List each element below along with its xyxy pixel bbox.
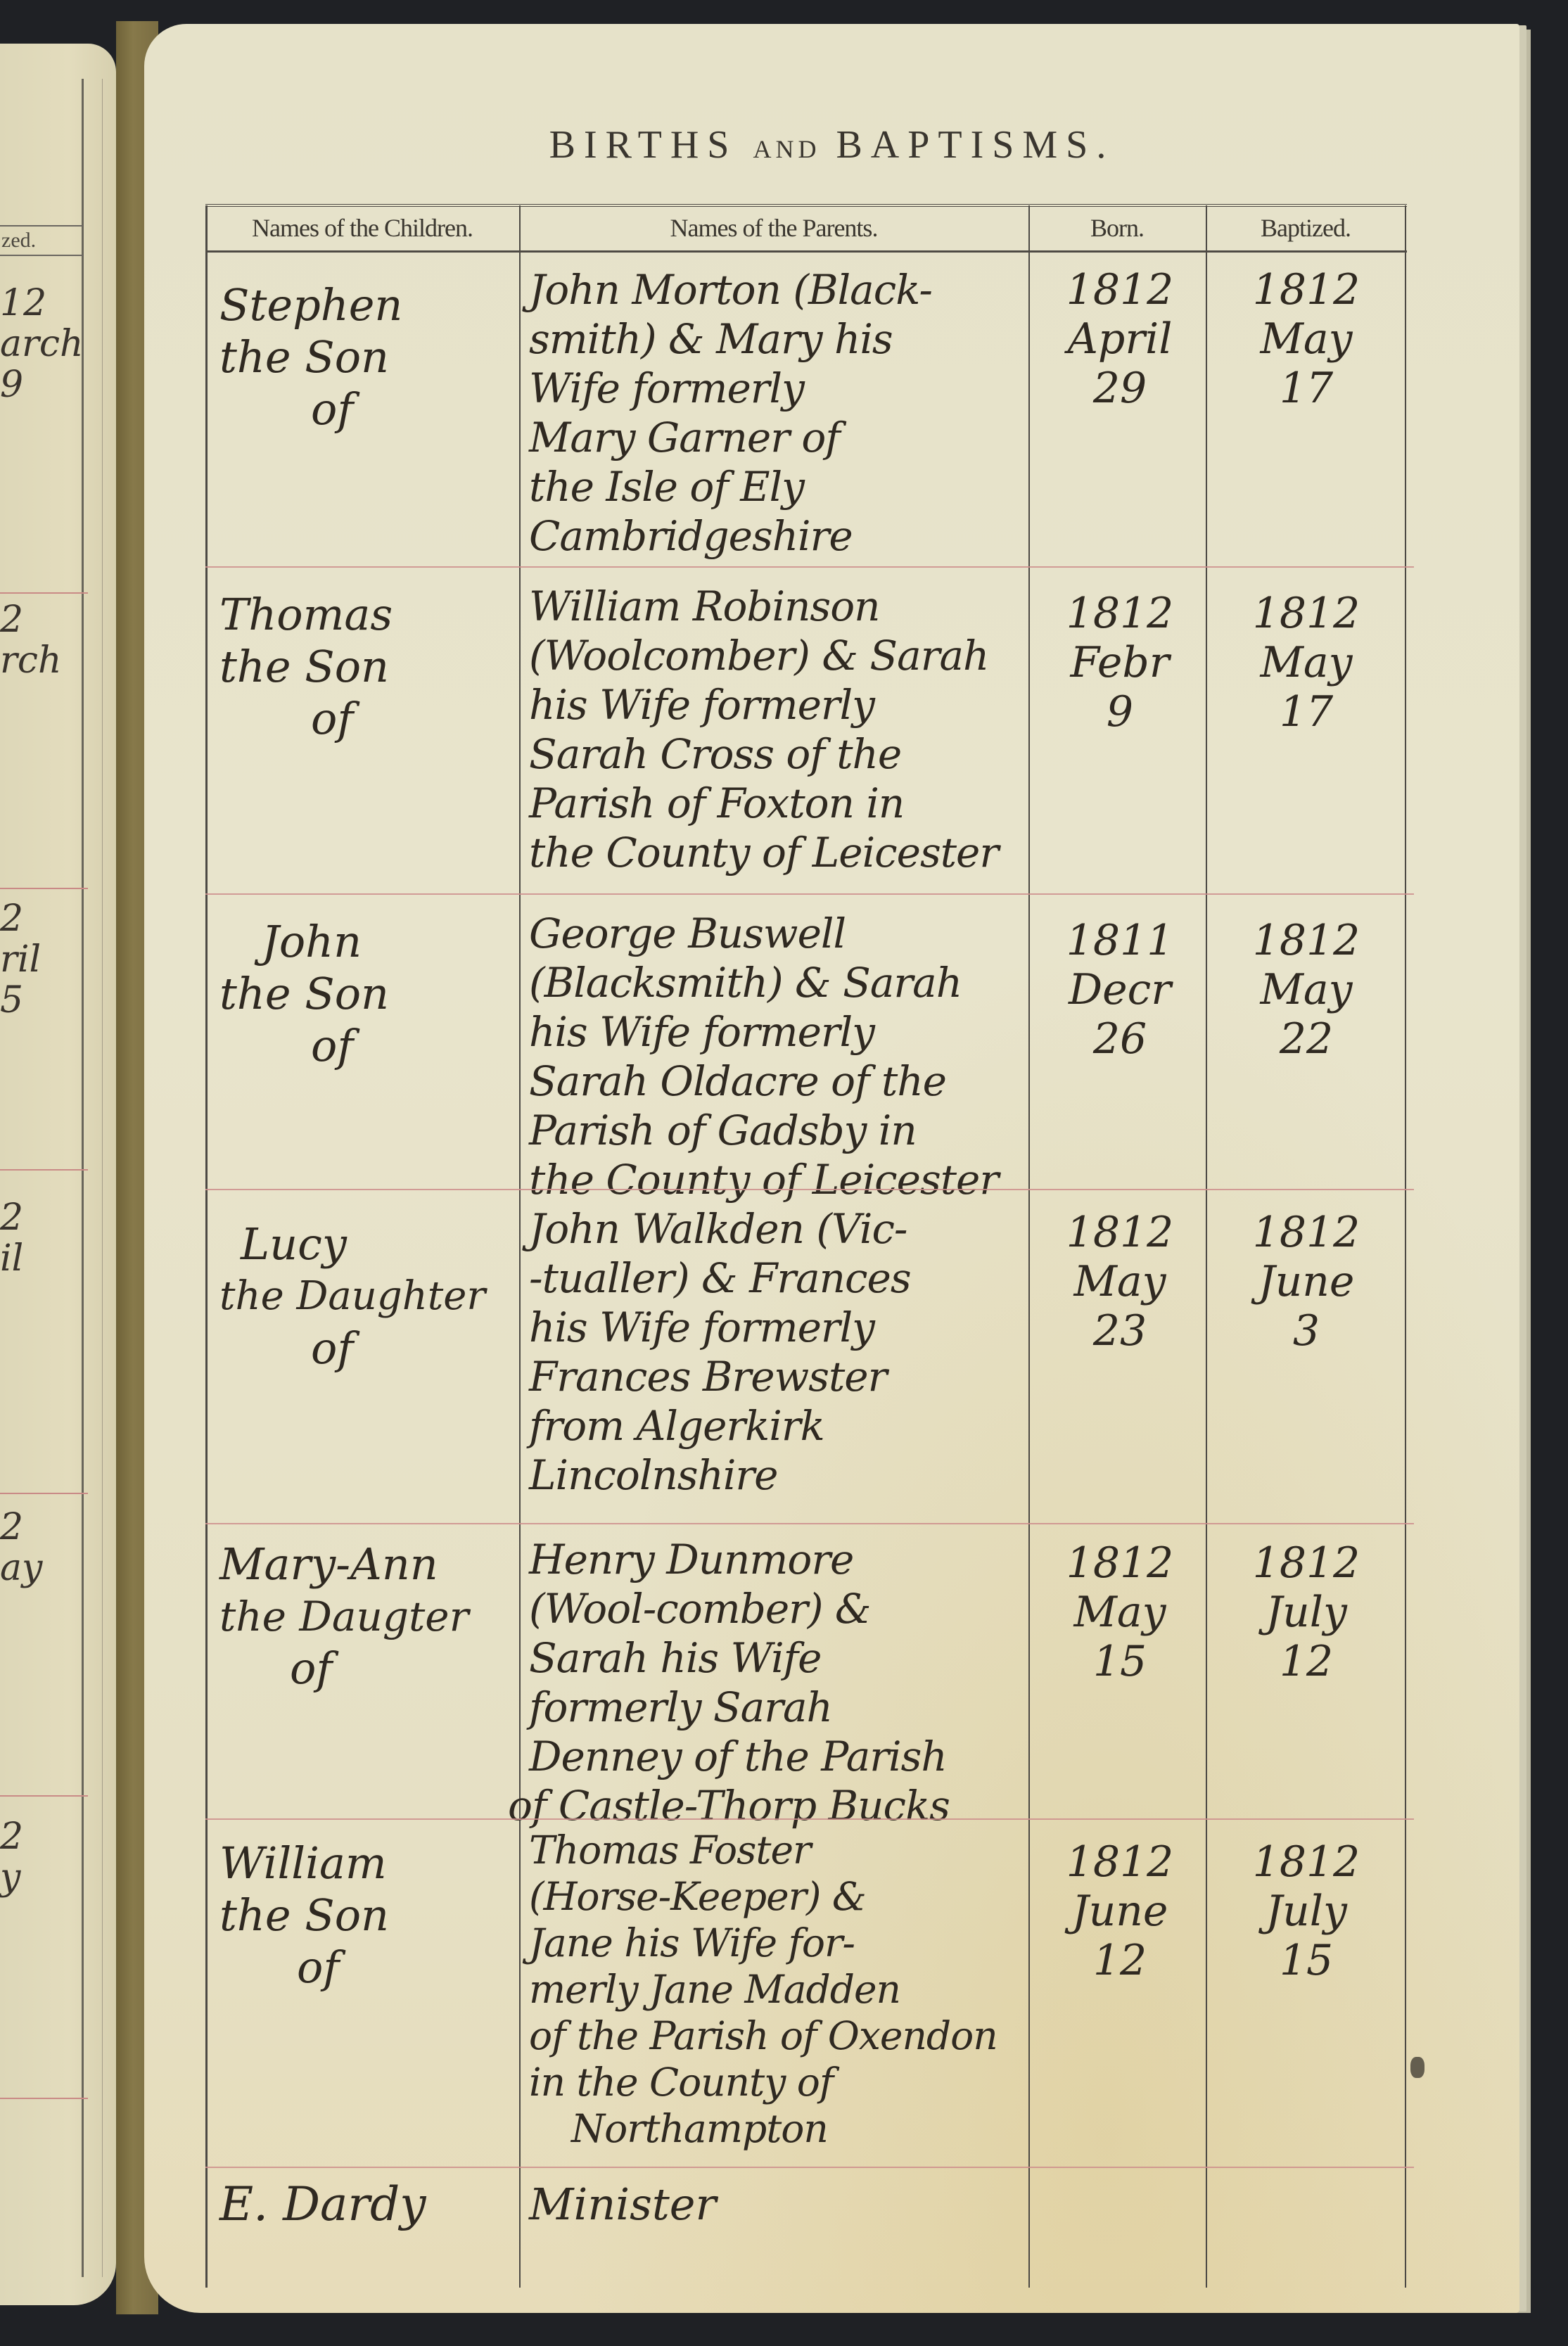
previous-page-margin-rule [102, 79, 103, 2277]
previous-page-entry-fragment: 2il [0, 1197, 23, 1279]
header-parents: Names of the Parents. [519, 207, 1028, 250]
parents-cell: George Buswell (Blacksmith) & Sarah his … [529, 909, 1021, 1204]
page-title: BIRTHSANDBAPTISMS. [144, 122, 1519, 167]
row-separator [205, 2167, 1414, 2168]
previous-page-row-rule [0, 888, 88, 889]
ink-blot [1410, 2057, 1424, 2078]
minister-title: Minister [529, 2179, 716, 2231]
baptized-date-cell: 1812 July 12 [1208, 1538, 1405, 1686]
baptized-date-cell: 1812 June 3 [1208, 1208, 1405, 1356]
previous-page-row-rule [0, 1795, 88, 1797]
title-word-and: AND [753, 135, 820, 163]
born-date-cell: 1812 April 29 [1032, 265, 1208, 413]
child-name-cell: Stephen the Son of [219, 279, 515, 435]
baptism-register-table: Names of the Children. Names of the Pare… [205, 184, 1407, 2288]
baptized-date-cell: 1812 May 17 [1208, 589, 1405, 737]
previous-page-row-rule [0, 2098, 88, 2099]
baptized-date-cell: 1812 May 17 [1208, 265, 1405, 413]
previous-page-entry-fragment: 2ay [0, 1507, 42, 1588]
previous-page-row-rule [0, 1493, 88, 1494]
parents-cell: William Robinson (Woolcomber) & Sarah hi… [529, 582, 1021, 877]
table-row: John the Son of George Buswell (Blacksmi… [205, 895, 1407, 1190]
child-name-cell: Thomas the Son of [219, 589, 515, 745]
register-page: BIRTHSANDBAPTISMS. Names of the Children… [144, 24, 1519, 2313]
born-date-cell: 1812 May 23 [1032, 1208, 1208, 1356]
title-word-births: BIRTHS [549, 123, 738, 167]
born-date-cell: 1811 Decr 26 [1032, 916, 1208, 1064]
previous-page-header-fragment: zed. [0, 225, 83, 256]
table-row: William the Son of Thomas Foster (Horse-… [205, 1820, 1407, 2168]
table-row: Stephen the Son of John Morton (Black- s… [205, 251, 1407, 568]
parents-cell: Henry Dunmore (Wool-comber) & Sarah his … [529, 1535, 1021, 1830]
baptized-date-cell: 1812 May 22 [1208, 916, 1405, 1064]
baptized-date-cell: 1812 July 15 [1208, 1837, 1405, 1985]
child-name-cell: William the Son of [219, 1837, 515, 1994]
child-name-cell: Lucy the Daughter of [219, 1218, 515, 1375]
title-word-baptisms: BAPTISMS. [836, 123, 1114, 167]
table-row: Thomas the Son of William Robinson (Wool… [205, 568, 1407, 895]
previous-page-edge: zed. 12arch9 2rch 2ril5 2il 2ay 2y [0, 44, 116, 2305]
parents-cell: John Morton (Black- smith) & Mary his Wi… [529, 265, 1021, 561]
child-name-cell: John the Son of [219, 916, 515, 1072]
previous-page-entry-fragment: 2y [0, 1816, 23, 1898]
previous-page-entry-fragment: 2rch [0, 599, 61, 681]
minister-signature: E. Dardy [219, 2179, 426, 2231]
previous-page-row-rule [0, 592, 88, 594]
previous-page-entry-fragment: 12arch9 [0, 283, 83, 405]
parents-cell: John Walkden (Vic- -tualler) & Frances h… [529, 1204, 1021, 1500]
previous-page-row-rule [0, 1169, 88, 1171]
header-baptized: Baptized. [1206, 207, 1406, 250]
header-children: Names of the Children. [205, 207, 519, 250]
table-row: Lucy the Daughter of John Walkden (Vic- … [205, 1190, 1407, 1524]
previous-page-entry-fragment: 2ril5 [0, 898, 41, 1021]
parents-cell: Thomas Foster (Horse-Keeper) & Jane his … [529, 1827, 1021, 2152]
table-row: Mary-Ann the Daugter of Henry Dunmore (W… [205, 1524, 1407, 1820]
table-header-row: Names of the Children. Names of the Pare… [205, 204, 1407, 253]
child-name-cell: Mary-Ann the Daugter of [219, 1538, 515, 1695]
header-born: Born. [1028, 207, 1206, 250]
previous-page-border-rule [82, 79, 84, 2277]
born-date-cell: 1812 May 15 [1032, 1538, 1208, 1686]
born-date-cell: 1812 June 12 [1032, 1837, 1208, 1985]
born-date-cell: 1812 Febr 9 [1032, 589, 1208, 737]
